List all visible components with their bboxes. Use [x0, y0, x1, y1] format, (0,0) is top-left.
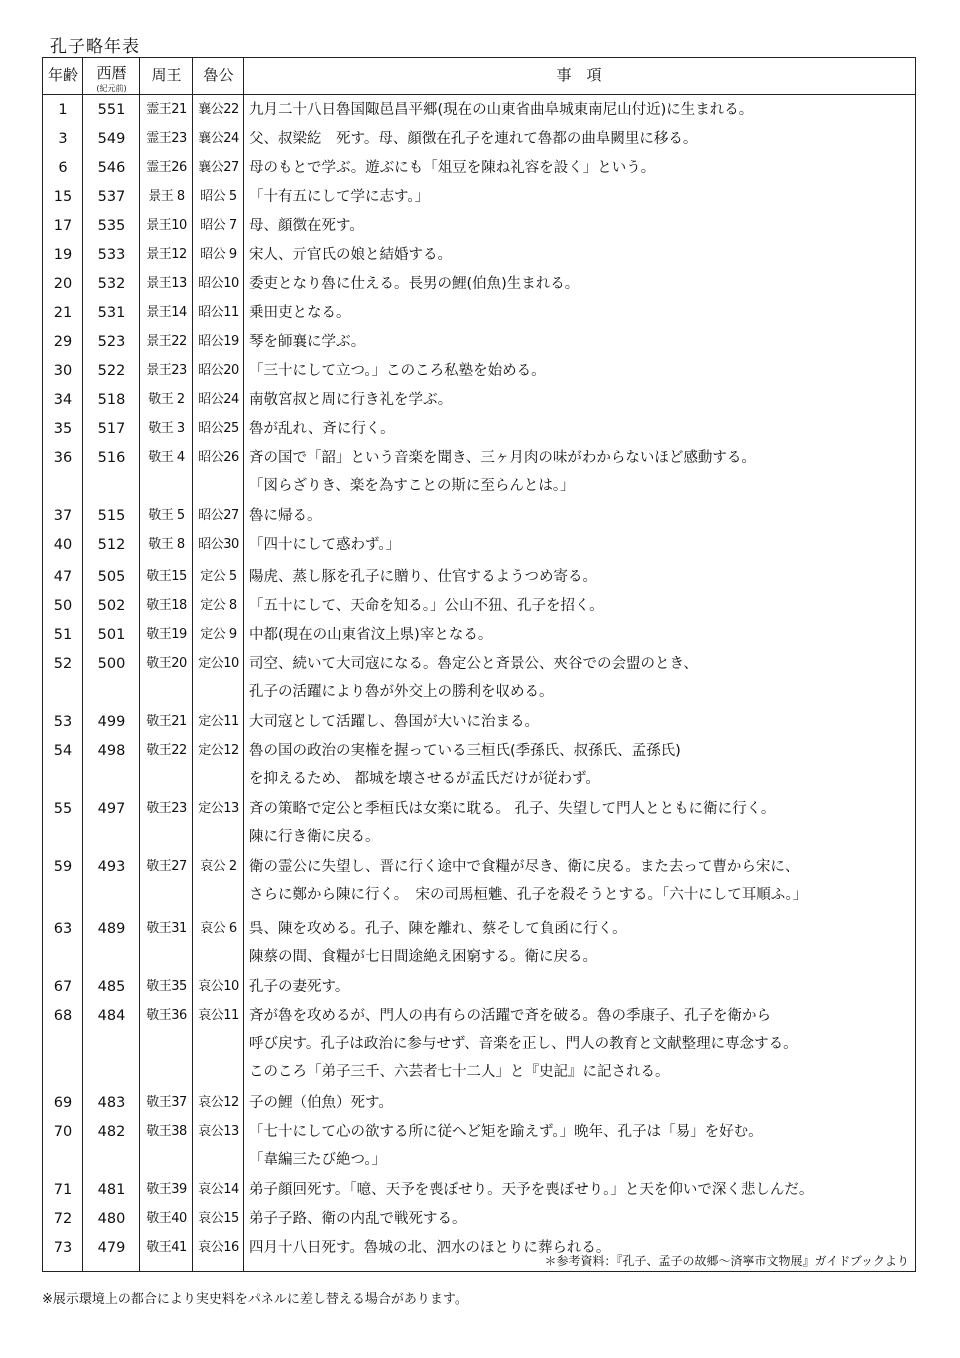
event-cell: 「七十にして心の欲する所に従へど矩を踰えず。」晩年、孔子は「易」を好む。「韋編三… — [249, 1118, 909, 1174]
event-cell: 母、顔徴在死す。 — [249, 212, 909, 240]
duke-cell: 昭公26 — [193, 444, 244, 472]
event-line: 「韋編三たび絶つ。」 — [249, 1146, 909, 1174]
year-cell: 532 — [83, 270, 140, 298]
header-king: 周王 — [140, 58, 193, 94]
event-line: 九月二十八日魯国陬邑昌平郷(現在の山東省曲阜城東南尼山付近)に生まれる。 — [249, 96, 909, 124]
duke-cell: 哀公 2 — [193, 853, 244, 881]
year-cell: 533 — [83, 241, 140, 269]
year-cell: 483 — [83, 1089, 140, 1117]
event-line: 陳に行き衛に戻る。 — [249, 823, 909, 851]
header-year-sublabel: (紀元前) — [83, 83, 140, 94]
event-line: 魯の国の政治の実権を握っている三桓氏(季孫氏、叔孫氏、孟孫氏) — [249, 737, 909, 765]
event-line: 陽虎、蒸し豚を孔子に贈り、仕官するようつめ寄る。 — [249, 563, 909, 591]
year-cell: 484 — [83, 1002, 140, 1030]
event-line: 「図らざりき、楽を為すことの斯に至らんとは。」 — [249, 472, 909, 500]
king-cell: 霊王21 — [140, 96, 193, 124]
event-line: 母、顔徴在死す。 — [249, 212, 909, 240]
event-cell: 魯に帰る。 — [249, 502, 909, 530]
year-cell: 517 — [83, 415, 140, 443]
king-cell: 敬王 2 — [140, 386, 193, 414]
duke-cell: 哀公11 — [193, 1002, 244, 1030]
event-cell: 「三十にして立つ。」このころ私塾を始める。 — [249, 357, 909, 385]
year-cell: 515 — [83, 502, 140, 530]
event-cell: 「五十にして、天命を知る。」公山不狃、孔子を招く。 — [249, 592, 909, 620]
year-cell: 518 — [83, 386, 140, 414]
year-cell: 497 — [83, 795, 140, 823]
header-event-label: 事 項 — [244, 64, 914, 85]
event-line: 斉の国で「韶」という音楽を聞き、三ヶ月肉の味がわからないほど感動する。 — [249, 444, 909, 472]
duke-cell: 昭公30 — [193, 531, 244, 559]
event-line: このころ「弟子三千、六芸者七十二人」と『史記』に記される。 — [249, 1058, 909, 1086]
age-cell: 53 — [43, 708, 83, 736]
chronology-table: 年齢 西暦 (紀元前) 周王 魯公 事 項 1551霊王21襄公22九月二十八日… — [42, 57, 916, 1272]
event-line: 大司寇として活躍し、魯国が大いに治まる。 — [249, 708, 909, 736]
year-cell: 551 — [83, 96, 140, 124]
age-cell: 59 — [43, 853, 83, 881]
year-cell: 482 — [83, 1118, 140, 1146]
year-cell: 537 — [83, 183, 140, 211]
year-cell: 493 — [83, 853, 140, 881]
event-line: 子の鯉（伯魚）死す。 — [249, 1089, 909, 1117]
header-age: 年齢 — [43, 58, 83, 94]
year-cell: 500 — [83, 650, 140, 678]
event-line: 魯が乱れ、斉に行く。 — [249, 415, 909, 443]
event-cell: 斉の策略で定公と季桓氏は女楽に耽る。 孔子、失望して門人とともに衛に行く。陳に行… — [249, 795, 909, 851]
king-cell: 景王14 — [140, 299, 193, 327]
year-cell: 531 — [83, 299, 140, 327]
king-cell: 敬王36 — [140, 1002, 193, 1030]
event-cell: 魯が乱れ、斉に行く。 — [249, 415, 909, 443]
duke-cell: 襄公22 — [193, 96, 244, 124]
header-year: 西暦 (紀元前) — [83, 58, 140, 94]
event-cell: 衛の霊公に失望し、晋に行く途中で食糧が尽き、衛に戻る。また去って曹から宋に、さら… — [249, 853, 909, 909]
event-line: 「十有五にして学に志す。」 — [249, 183, 909, 211]
year-cell: 549 — [83, 125, 140, 153]
age-cell: 37 — [43, 502, 83, 530]
duke-cell: 昭公20 — [193, 357, 244, 385]
king-cell: 敬王22 — [140, 737, 193, 765]
age-cell: 68 — [43, 1002, 83, 1030]
event-line: 呉、陳を攻める。孔子、陳を離れ、蔡そして負函に行く。 — [249, 915, 909, 943]
duke-cell: 昭公24 — [193, 386, 244, 414]
event-cell: 九月二十八日魯国陬邑昌平郷(現在の山東省曲阜城東南尼山付近)に生まれる。 — [249, 96, 909, 124]
year-cell: 479 — [83, 1234, 140, 1262]
king-cell: 景王22 — [140, 328, 193, 356]
page-title: 孔子略年表 — [50, 32, 140, 57]
header-year-label: 西暦 — [83, 62, 140, 83]
event-line: を抑えるため、 都城を壊させるが孟氏だけが従わず。 — [249, 765, 909, 793]
king-cell: 敬王39 — [140, 1176, 193, 1204]
age-cell: 40 — [43, 531, 83, 559]
year-cell: 546 — [83, 154, 140, 182]
event-line: 委吏となり魯に仕える。長男の鯉(伯魚)生まれる。 — [249, 270, 909, 298]
duke-cell: 定公10 — [193, 650, 244, 678]
header-age-label: 年齢 — [43, 64, 83, 85]
age-cell: 3 — [43, 125, 83, 153]
age-cell: 50 — [43, 592, 83, 620]
age-cell: 30 — [43, 357, 83, 385]
event-cell: 斉の国で「韶」という音楽を聞き、三ヶ月肉の味がわからないほど感動する。「図らざり… — [249, 444, 909, 500]
event-line: 衛の霊公に失望し、晋に行く途中で食糧が尽き、衛に戻る。また去って曹から宋に、 — [249, 853, 909, 881]
duke-cell: 哀公12 — [193, 1089, 244, 1117]
age-cell: 51 — [43, 621, 83, 649]
duke-cell: 哀公13 — [193, 1118, 244, 1146]
duke-cell: 襄公27 — [193, 154, 244, 182]
year-cell: 512 — [83, 531, 140, 559]
year-cell: 498 — [83, 737, 140, 765]
king-cell: 景王10 — [140, 212, 193, 240]
event-cell: 父、叔梁紇 死す。母、顔徴在孔子を連れて魯都の曲阜闕里に移る。 — [249, 125, 909, 153]
age-cell: 35 — [43, 415, 83, 443]
event-line: 中都(現在の山東省汶上県)宰となる。 — [249, 621, 909, 649]
event-cell: 弟子顔回死す。「噫、天予を喪ぼせり。天予を喪ぼせり。」と天を仰いで深く悲しんだ。 — [249, 1176, 909, 1204]
event-line: 魯に帰る。 — [249, 502, 909, 530]
event-cell: 子の鯉（伯魚）死す。 — [249, 1089, 909, 1117]
year-cell: 502 — [83, 592, 140, 620]
duke-cell: 哀公15 — [193, 1205, 244, 1233]
age-cell: 15 — [43, 183, 83, 211]
event-line: 陳蔡の間、食糧が七日間途絶え困窮する。衛に戻る。 — [249, 943, 909, 971]
header-king-label: 周王 — [140, 64, 193, 85]
king-cell: 敬王 4 — [140, 444, 193, 472]
event-cell: 委吏となり魯に仕える。長男の鯉(伯魚)生まれる。 — [249, 270, 909, 298]
age-cell: 72 — [43, 1205, 83, 1233]
header-event: 事 項 — [244, 58, 914, 94]
duke-cell: 昭公19 — [193, 328, 244, 356]
age-cell: 52 — [43, 650, 83, 678]
duke-cell: 哀公10 — [193, 973, 244, 1001]
duke-cell: 定公11 — [193, 708, 244, 736]
age-cell: 54 — [43, 737, 83, 765]
event-cell: 中都(現在の山東省汶上県)宰となる。 — [249, 621, 909, 649]
event-line: 南敬宮叔と周に行き礼を学ぶ。 — [249, 386, 909, 414]
header-divider — [43, 94, 915, 95]
event-line: 「四十にして惑わず。」 — [249, 531, 909, 559]
event-cell: 魯の国の政治の実権を握っている三桓氏(季孫氏、叔孫氏、孟孫氏)を抑えるため、 都… — [249, 737, 909, 793]
age-cell: 47 — [43, 563, 83, 591]
age-cell: 70 — [43, 1118, 83, 1146]
year-cell: 516 — [83, 444, 140, 472]
event-cell: 孔子の妻死す。 — [249, 973, 909, 1001]
age-cell: 63 — [43, 915, 83, 943]
duke-cell: 哀公16 — [193, 1234, 244, 1262]
king-cell: 霊王26 — [140, 154, 193, 182]
duke-cell: 昭公 5 — [193, 183, 244, 211]
event-line: 母のもとで学ぶ。遊ぶにも「俎豆を陳ね礼容を設く」という。 — [249, 154, 909, 182]
event-line: 孔子の妻死す。 — [249, 973, 909, 1001]
event-cell: 母のもとで学ぶ。遊ぶにも「俎豆を陳ね礼容を設く」という。 — [249, 154, 909, 182]
event-cell: 弟子子路、衛の内乱で戦死する。 — [249, 1205, 909, 1233]
age-cell: 55 — [43, 795, 83, 823]
king-cell: 敬王21 — [140, 708, 193, 736]
header-duke: 魯公 — [193, 58, 244, 94]
event-cell: 「四十にして惑わず。」 — [249, 531, 909, 559]
king-cell: 景王 8 — [140, 183, 193, 211]
event-cell: 呉、陳を攻める。孔子、陳を離れ、蔡そして負函に行く。陳蔡の間、食糧が七日間途絶え… — [249, 915, 909, 971]
age-cell: 6 — [43, 154, 83, 182]
duke-cell: 昭公11 — [193, 299, 244, 327]
event-line: 「七十にして心の欲する所に従へど矩を踰えず。」晩年、孔子は「易」を好む。 — [249, 1118, 909, 1146]
year-cell: 489 — [83, 915, 140, 943]
year-cell: 522 — [83, 357, 140, 385]
age-cell: 73 — [43, 1234, 83, 1262]
event-line: 呼び戻す。孔子は政治に参与せず、音楽を正し、門人の教育と文献整理に専念する。 — [249, 1030, 909, 1058]
year-cell: 481 — [83, 1176, 140, 1204]
year-cell: 523 — [83, 328, 140, 356]
king-cell: 敬王 8 — [140, 531, 193, 559]
duke-cell: 昭公10 — [193, 270, 244, 298]
king-cell: 敬王40 — [140, 1205, 193, 1233]
event-line: 弟子顔回死す。「噫、天予を喪ぼせり。天予を喪ぼせり。」と天を仰いで深く悲しんだ。 — [249, 1176, 909, 1204]
year-cell: 485 — [83, 973, 140, 1001]
event-line: さらに鄭から陳に行く。 宋の司馬桓魋、孔子を殺そうとする。「六十にして耳順ふ。」 — [249, 881, 909, 909]
age-cell: 17 — [43, 212, 83, 240]
duke-cell: 定公 5 — [193, 563, 244, 591]
king-cell: 景王12 — [140, 241, 193, 269]
age-cell: 71 — [43, 1176, 83, 1204]
king-cell: 景王13 — [140, 270, 193, 298]
king-cell: 敬王31 — [140, 915, 193, 943]
duke-cell: 昭公27 — [193, 502, 244, 530]
king-cell: 敬王37 — [140, 1089, 193, 1117]
king-cell: 景王23 — [140, 357, 193, 385]
age-cell: 20 — [43, 270, 83, 298]
event-cell: 琴を師襄に学ぶ。 — [249, 328, 909, 356]
year-cell: 505 — [83, 563, 140, 591]
event-line: 父、叔梁紇 死す。母、顔徴在孔子を連れて魯都の曲阜闕里に移る。 — [249, 125, 909, 153]
duke-cell: 定公13 — [193, 795, 244, 823]
event-line: 「五十にして、天命を知る。」公山不狃、孔子を招く。 — [249, 592, 909, 620]
duke-cell: 定公12 — [193, 737, 244, 765]
event-cell: 「十有五にして学に志す。」 — [249, 183, 909, 211]
king-cell: 敬王41 — [140, 1234, 193, 1262]
king-cell: 敬王18 — [140, 592, 193, 620]
header-duke-label: 魯公 — [193, 64, 244, 85]
event-line: 斉が魯を攻めるが、門人の冉有らの活躍で斉を破る。魯の季康子、孔子を衛から — [249, 1002, 909, 1030]
king-cell: 敬王 3 — [140, 415, 193, 443]
duke-cell: 襄公24 — [193, 125, 244, 153]
age-cell: 36 — [43, 444, 83, 472]
duke-cell: 昭公 9 — [193, 241, 244, 269]
age-cell: 34 — [43, 386, 83, 414]
king-cell: 敬王27 — [140, 853, 193, 881]
event-line: 司空、続いて大司寇になる。魯定公と斉景公、夾谷での会盟のとき、 — [249, 650, 909, 678]
event-cell: 斉が魯を攻めるが、門人の冉有らの活躍で斉を破る。魯の季康子、孔子を衛から呼び戻す… — [249, 1002, 909, 1086]
king-cell: 敬王19 — [140, 621, 193, 649]
event-line: 乗田吏となる。 — [249, 299, 909, 327]
king-cell: 敬王 5 — [140, 502, 193, 530]
year-cell: 535 — [83, 212, 140, 240]
duke-cell: 哀公 6 — [193, 915, 244, 943]
duke-cell: 定公 9 — [193, 621, 244, 649]
king-cell: 敬王23 — [140, 795, 193, 823]
duke-cell: 昭公 7 — [193, 212, 244, 240]
source-citation: ＊参考資料：『孔子、孟子の故郷〜済寧市文物展』ガイドブックより — [545, 1252, 909, 1269]
king-cell: 敬王20 — [140, 650, 193, 678]
year-cell: 499 — [83, 708, 140, 736]
king-cell: 敬王35 — [140, 973, 193, 1001]
event-line: 斉の策略で定公と季桓氏は女楽に耽る。 孔子、失望して門人とともに衛に行く。 — [249, 795, 909, 823]
age-cell: 21 — [43, 299, 83, 327]
event-cell: 陽虎、蒸し豚を孔子に贈り、仕官するようつめ寄る。 — [249, 563, 909, 591]
duke-cell: 哀公14 — [193, 1176, 244, 1204]
king-cell: 霊王23 — [140, 125, 193, 153]
age-cell: 29 — [43, 328, 83, 356]
event-cell: 南敬宮叔と周に行き礼を学ぶ。 — [249, 386, 909, 414]
age-cell: 69 — [43, 1089, 83, 1117]
event-line: 孔子の活躍により魯が外交上の勝利を収める。 — [249, 678, 909, 706]
age-cell: 1 — [43, 96, 83, 124]
year-cell: 501 — [83, 621, 140, 649]
event-line: 「三十にして立つ。」このころ私塾を始める。 — [249, 357, 909, 385]
duke-cell: 定公 8 — [193, 592, 244, 620]
king-cell: 敬王15 — [140, 563, 193, 591]
footnote: ※展示環境上の都合により実史料をパネルに差し替える場合があります。 — [42, 1288, 468, 1307]
event-cell: 宋人、亓官氏の娘と結婚する。 — [249, 241, 909, 269]
age-cell: 19 — [43, 241, 83, 269]
event-cell: 大司寇として活躍し、魯国が大いに治まる。 — [249, 708, 909, 736]
event-line: 宋人、亓官氏の娘と結婚する。 — [249, 241, 909, 269]
duke-cell: 昭公25 — [193, 415, 244, 443]
age-cell: 67 — [43, 973, 83, 1001]
event-line: 弟子子路、衛の内乱で戦死する。 — [249, 1205, 909, 1233]
event-cell: 乗田吏となる。 — [249, 299, 909, 327]
event-cell: 司空、続いて大司寇になる。魯定公と斉景公、夾谷での会盟のとき、孔子の活躍により魯… — [249, 650, 909, 706]
year-cell: 480 — [83, 1205, 140, 1233]
event-line: 琴を師襄に学ぶ。 — [249, 328, 909, 356]
king-cell: 敬王38 — [140, 1118, 193, 1146]
